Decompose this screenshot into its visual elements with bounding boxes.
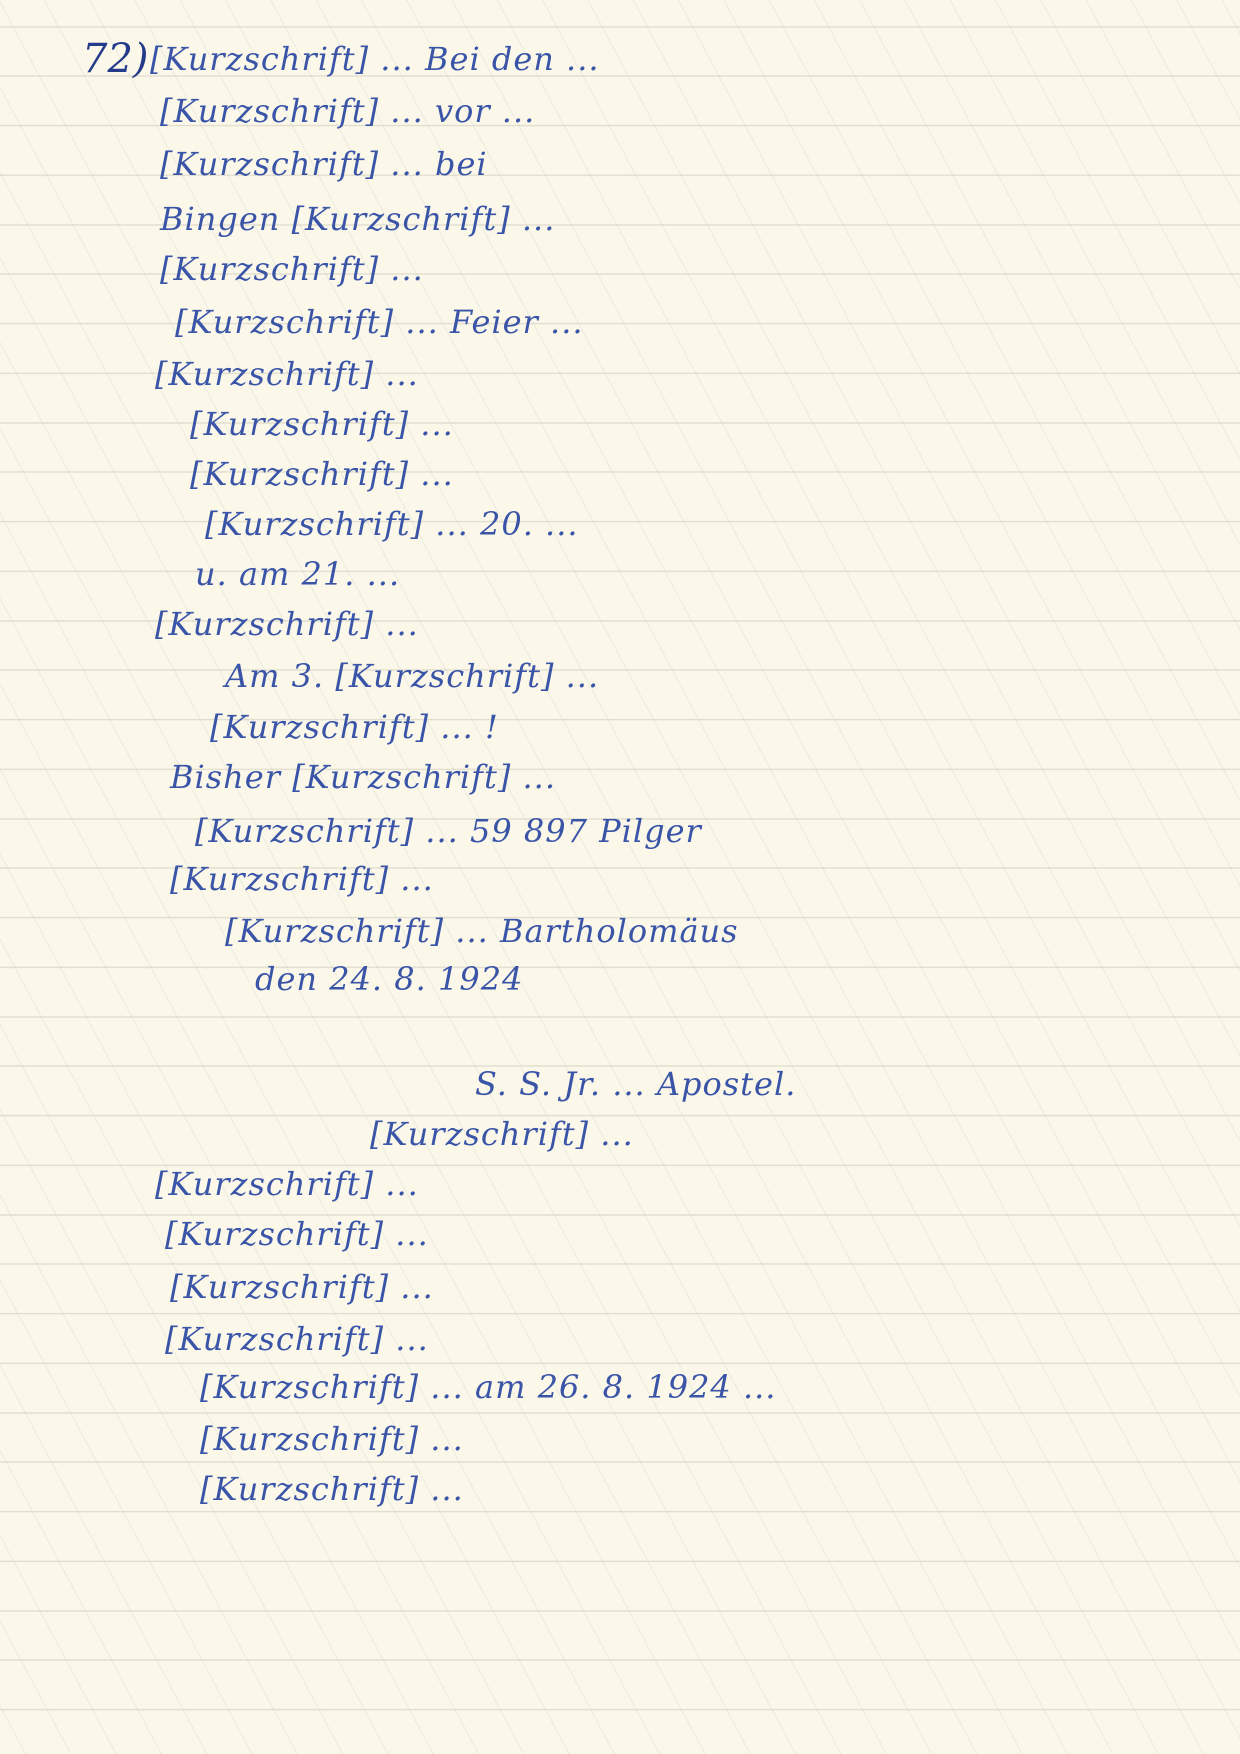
handwritten-line: den 24. 8. 1924: [255, 960, 523, 998]
handwritten-line: [Kurzschrift] ...: [190, 405, 454, 443]
handwritten-line: [Kurzschrift] ...: [170, 860, 434, 898]
handwritten-line: Bingen [Kurzschrift] ...: [160, 200, 555, 238]
handwritten-line: [Kurzschrift] ...: [190, 455, 454, 493]
handwritten-line: [Kurzschrift] ...: [370, 1115, 634, 1153]
handwritten-line: [Kurzschrift] ...: [155, 605, 419, 643]
handwritten-line: [Kurzschrift] ... Bartholomäus: [225, 912, 739, 950]
handwritten-line: [Kurzschrift] ... !: [210, 708, 499, 746]
handwritten-line: Bisher [Kurzschrift] ...: [170, 758, 556, 796]
handwritten-line: [Kurzschrift] ... am 26. 8. 1924 ...: [200, 1368, 776, 1406]
handwritten-line: S. S. Jr. ... Apostel.: [475, 1065, 796, 1103]
handwritten-line: [Kurzschrift] ...: [165, 1215, 429, 1253]
handwritten-line: [Kurzschrift] ... 59 897 Pilger: [195, 812, 702, 850]
handwritten-line: [Kurzschrift] ... Feier ...: [175, 303, 584, 341]
handwritten-line: u. am 21. ...: [195, 555, 400, 593]
handwritten-line: [Kurzschrift] ...: [200, 1470, 464, 1508]
page-number: 72): [82, 36, 149, 82]
handwritten-line: [Kurzschrift] ...: [155, 355, 419, 393]
handwritten-line: [Kurzschrift] ...: [200, 1420, 464, 1458]
handwritten-line: [Kurzschrift] ... vor ...: [160, 92, 535, 130]
handwritten-line: [Kurzschrift] ... 20. ...: [205, 505, 579, 543]
handwritten-line: [Kurzschrift] ...: [165, 1320, 429, 1358]
handwritten-line: [Kurzschrift] ... Bei den ...: [150, 40, 600, 78]
handwritten-line: [Kurzschrift] ...: [160, 250, 424, 288]
handwritten-line: [Kurzschrift] ...: [170, 1268, 434, 1306]
handwritten-line: [Kurzschrift] ...: [155, 1165, 419, 1203]
notebook-page: 72) [Kurzschrift] ... Bei den ...[Kurzsc…: [0, 0, 1240, 1754]
handwritten-line: [Kurzschrift] ... bei: [160, 145, 488, 183]
handwritten-line: Am 3. [Kurzschrift] ...: [225, 657, 599, 695]
